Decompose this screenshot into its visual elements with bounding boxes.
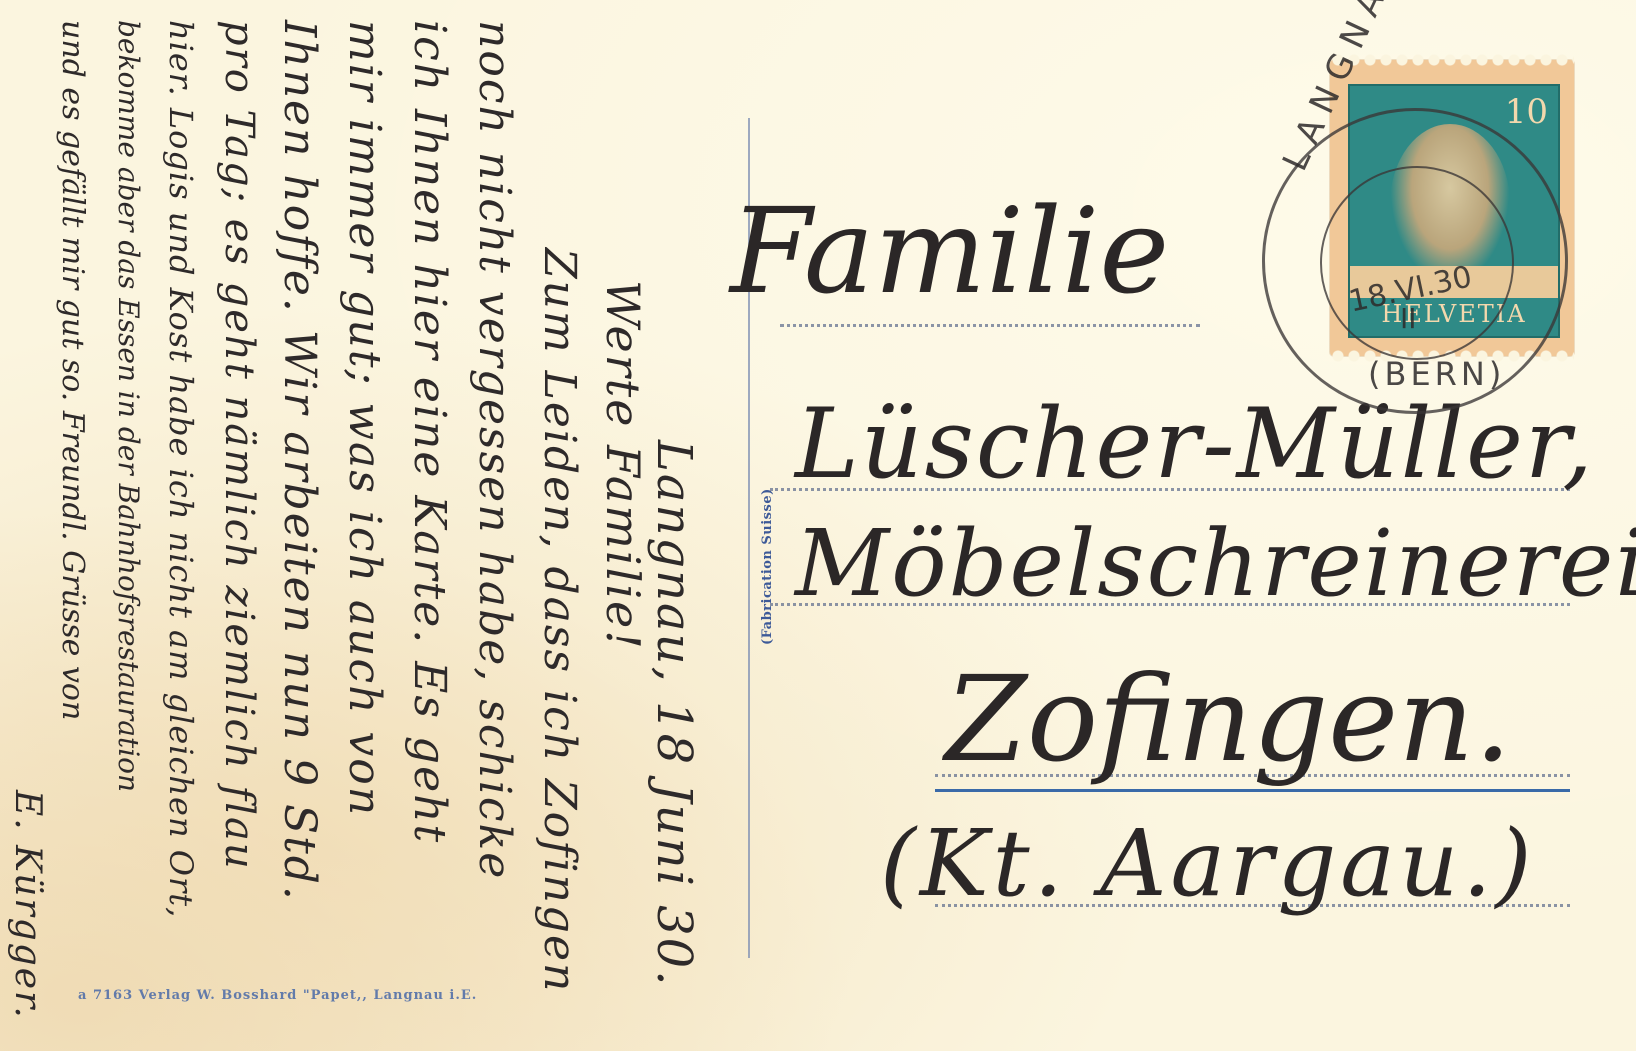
message-line: noch nicht vergessen habe, schicke <box>469 20 520 880</box>
stamp-value: 10 <box>1505 92 1548 132</box>
fabrication-label: (Fabrication Suisse) <box>760 488 775 645</box>
address-line-5: (Kt. Aargau.) <box>880 810 1535 917</box>
address-line-2: Lüscher-Müller, <box>795 388 1595 500</box>
address-line-1: Familie <box>730 182 1169 320</box>
message-line: ich Ihnen hier eine Karte. Es geht <box>404 20 455 844</box>
message-line: Ihnen hoffe. Wir arbeiten nun 9 Std. <box>274 20 325 902</box>
message-signature: E. Kürgger. <box>7 790 48 1020</box>
postcard-back: Langnau, 18 Juni 30. Werte Familie! Zum … <box>0 0 1636 1051</box>
message-line: bekomme aber das Essen in der Bahnhofsre… <box>112 20 145 792</box>
postmark-inner-ring <box>1320 166 1514 360</box>
message-line: pro Tag; es geht nämlich ziemlich flau <box>216 20 262 871</box>
message-line: Zum Leiden, dass ich Zofingen <box>534 248 585 993</box>
message-salutation: Werte Familie! <box>596 280 650 651</box>
address-rule-underline <box>935 789 1570 792</box>
message-line: mir immer gut; was ich auch von <box>339 20 390 817</box>
postmark-region: (BERN) <box>1368 355 1505 393</box>
address-line-4: Zofingen. <box>945 650 1512 788</box>
message-dateline: Langnau, 18 Juni 30. <box>646 440 702 987</box>
message-line: und es gefällt mir gut so. Freundl. Grüs… <box>55 20 90 720</box>
address-rule-1 <box>780 324 1200 327</box>
message-line: hier. Logis und Kost habe ich nicht am g… <box>162 20 200 918</box>
address-line-3: Möbelschreinerei, <box>795 510 1636 617</box>
postmark-time: II <box>1400 302 1417 335</box>
publisher-imprint: a 7163 Verlag W. Bosshard "Papet,, Langn… <box>78 988 477 1003</box>
